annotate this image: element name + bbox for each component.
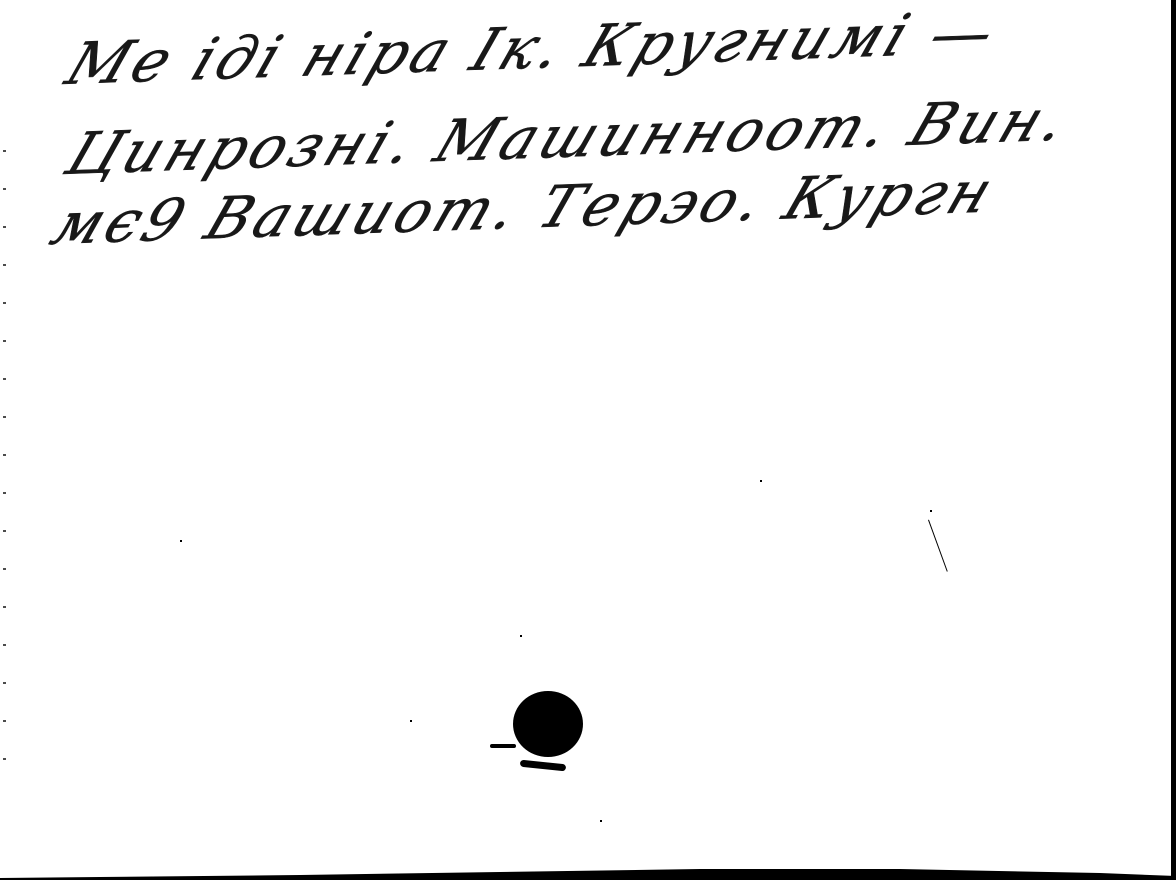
ink-blot	[513, 691, 583, 757]
speck	[520, 635, 522, 637]
card-right-edge	[1171, 0, 1176, 880]
line-1-text: Ме іді ніра Ік. Кругнимі —	[57, 0, 1008, 98]
ink-blot-tail	[520, 760, 566, 772]
left-margin-specks	[3, 150, 6, 790]
handwritten-card: Ме іді ніра Ік. Кругнимі — Цинрозні. Маш…	[0, 0, 1176, 880]
card-bottom-edge	[0, 866, 1176, 880]
speck	[410, 720, 412, 722]
ink-smear	[490, 744, 516, 748]
speck	[180, 540, 182, 542]
speck	[600, 820, 602, 822]
speck	[930, 510, 932, 512]
speck	[760, 480, 762, 482]
faint-stroke	[928, 520, 948, 572]
handwritten-line-1: Ме іді ніра Ік. Кругнимі —	[57, 0, 1008, 98]
